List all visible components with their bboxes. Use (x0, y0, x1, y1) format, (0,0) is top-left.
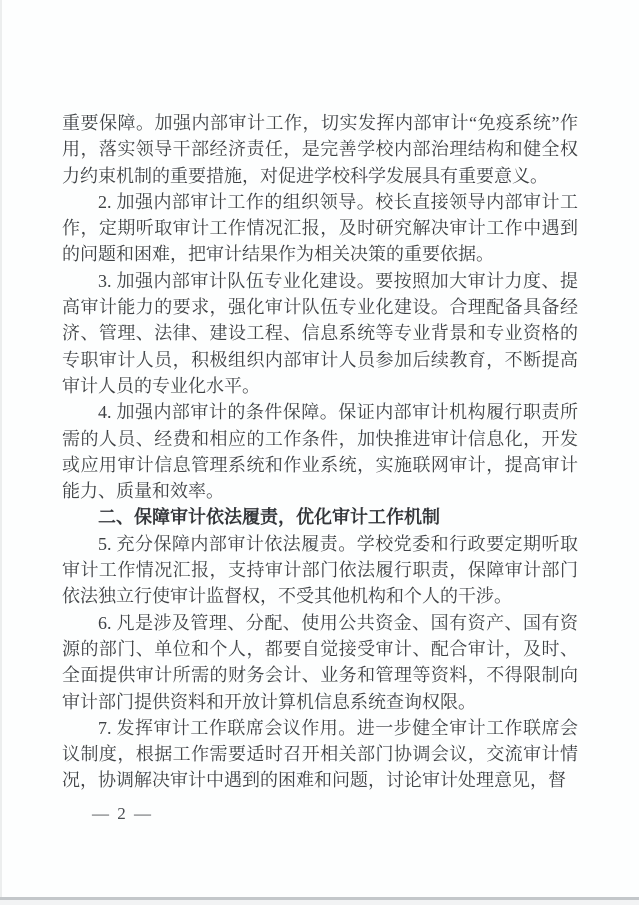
page-number: — 2 — (92, 804, 153, 824)
body-paragraph-7: 7. 发挥审计工作联席会议作用。进一步健全审计工作联席会议制度，根据工作需要适时… (62, 715, 578, 794)
section-heading: 二、保障审计依法履责，优化审计工作机制 (62, 504, 578, 530)
body-paragraph-continuation: 重要保障。加强内部审计工作，切实发挥内部审计“免疫系统”作用，落实领导干部经济责… (62, 110, 578, 189)
body-paragraph-2: 2. 加强内部审计工作的组织领导。校长直接领导内部审计工作，定期听取审计工作情况… (62, 189, 578, 268)
scanned-document-page: 重要保障。加强内部审计工作，切实发挥内部审计“免疫系统”作用，落实领导干部经济责… (0, 0, 639, 905)
page-left-edge (0, 0, 2, 905)
body-paragraph-6: 6. 凡是涉及管理、分配、使用公共资金、国有资产、国有资源的部门、单位和个人，都… (62, 610, 578, 715)
document-body: 重要保障。加强内部审计工作，切实发挥内部审计“免疫系统”作用，落实领导干部经济责… (62, 110, 578, 794)
page-bottom-shadow (0, 900, 639, 905)
body-paragraph-4: 4. 加强内部审计的条件保障。保证内部审计机构履行职责所需的人员、经费和相应的工… (62, 399, 578, 504)
body-paragraph-3: 3. 加强内部审计队伍专业化建设。要按照加大审计力度、提高审计能力的要求，强化审… (62, 268, 578, 399)
body-paragraph-5: 5. 充分保障内部审计依法履责。学校党委和行政要定期听取审计工作情况汇报，支持审… (62, 531, 578, 610)
